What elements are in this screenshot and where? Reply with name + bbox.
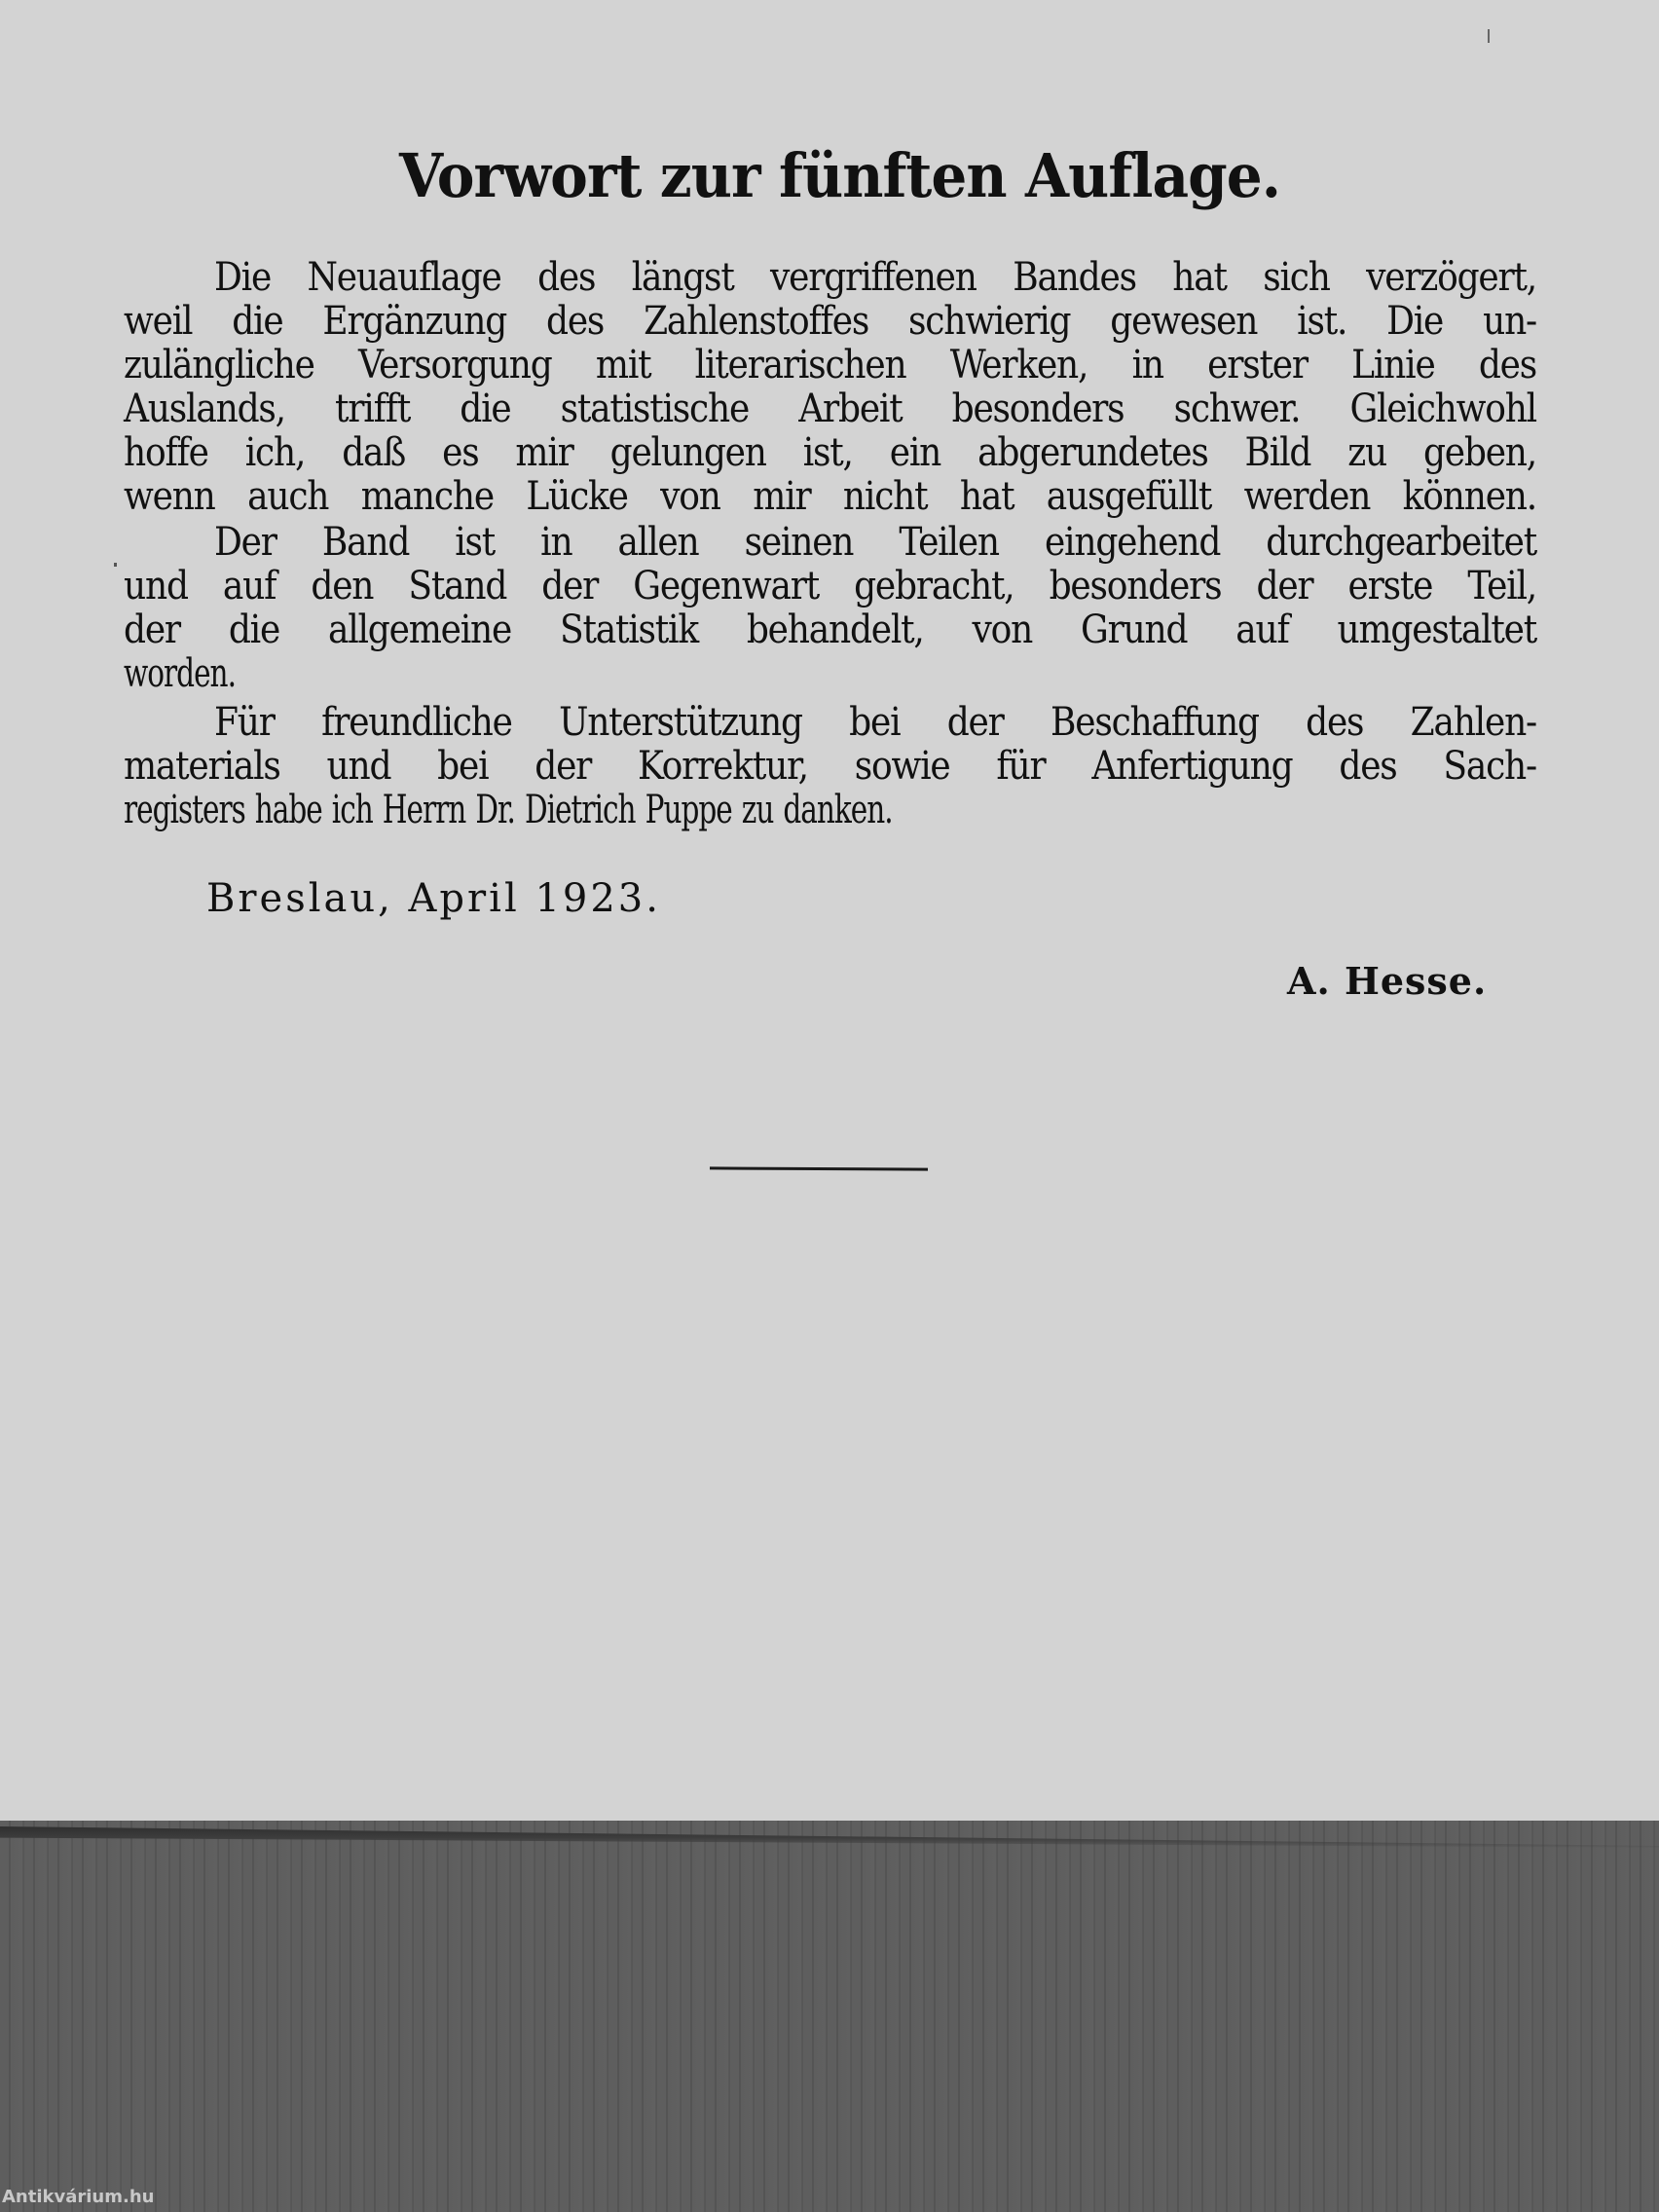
paragraph-2-line-3: der die allgemeine Statistik behandelt, … (124, 608, 1536, 652)
paragraph-1-line-6: wenn auch manche Lücke von mir nicht hat… (124, 474, 1536, 519)
paragraph-2-line-1: Der Band ist in allen seinen Teilen eing… (214, 520, 1536, 565)
paragraph-2-line-2: und auf den Stand der Gegenwart gebracht… (124, 564, 1536, 608)
paragraph-3-line-2: materials und bei der Korrektur, sowie f… (124, 744, 1536, 789)
paragraph-1-line-1: Die Neuauflage des längst vergriffenen B… (214, 255, 1536, 300)
paragraph-1-line-4: Auslands, trifft die statistische Arbeit… (124, 387, 1536, 431)
page-title: Vorwort zur fünften Auflage. (399, 142, 1280, 210)
place-and-date: Breslau, April 1923. (206, 876, 661, 921)
paragraph-3-line-1: Für freundliche Unterstützung bei der Be… (214, 700, 1536, 745)
closing-rule (710, 1166, 928, 1170)
book-page: Vorwort zur fünften Auflage. Die Neuaufl… (0, 0, 1659, 1850)
wooden-table-background (0, 1821, 1659, 2212)
paragraph-1-line-5: hoffe ich, daß es mir gelungen ist, ein … (124, 430, 1536, 475)
author-signature: A. Hesse. (1287, 959, 1487, 1004)
paragraph-1-line-2: weil die Ergänzung des Zahlenstoffes sch… (124, 299, 1536, 344)
watermark: Antikvárium.hu (2, 2187, 154, 2207)
paragraph-2-line-4: worden. (124, 651, 1282, 696)
paragraph-1-line-3: zulängliche Versorgung mit literarischen… (124, 343, 1536, 387)
paper-speck (1488, 29, 1490, 43)
paper-speck (114, 563, 117, 567)
paragraph-3-line-3: registers habe ich Herrn Dr. Dietrich Pu… (124, 788, 1282, 832)
